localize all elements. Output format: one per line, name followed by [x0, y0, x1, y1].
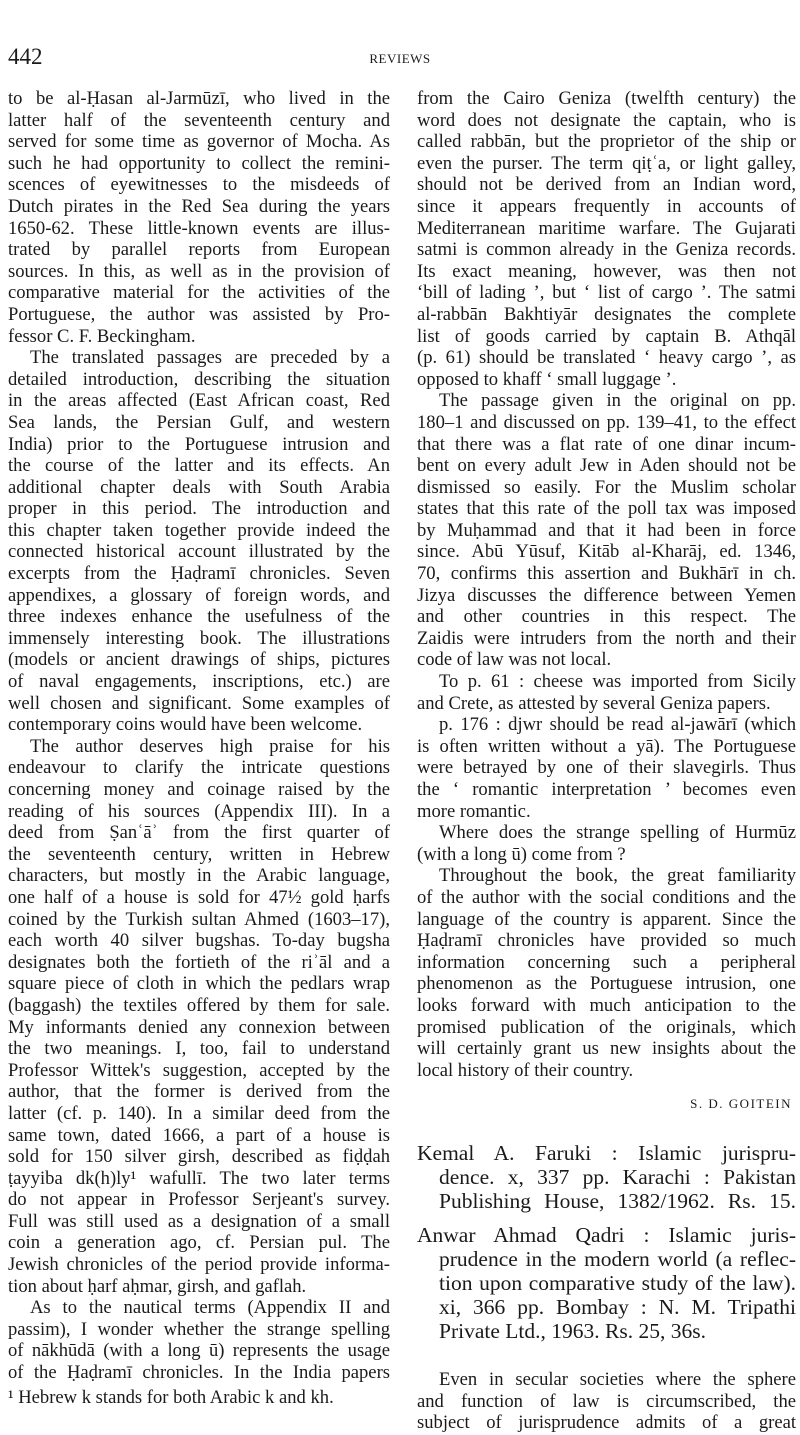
text-line: Sea lands, the Persian Gulf, and western — [8, 412, 390, 434]
paragraph-start: p. 176 : djwr should be read al-jawārī (… — [417, 714, 796, 736]
text-line: same town, dated 1666, a part of a house… — [8, 1125, 390, 1147]
bib-line: Publishing House, 1382/1962. Rs. 15. — [417, 1189, 796, 1213]
text-line: since it appears frequently in accounts … — [417, 196, 796, 218]
text-line: served for some time as governor of Moch… — [8, 131, 390, 153]
text-line: fessor C. F. Beckingham. — [8, 326, 390, 348]
text-line: Portuguese, the author was assisted by P… — [8, 304, 390, 326]
text-line: three indexes enhance the usefulness of … — [8, 606, 390, 628]
text-line: subject of jurisprudence admits of a gre… — [417, 1412, 796, 1434]
text-line: Jizya discusses the difference between Y… — [417, 585, 796, 607]
text-line: Full was still used as a designation of … — [8, 1211, 390, 1233]
text-line: My informants denied any connexion betwe… — [8, 1017, 390, 1039]
reviewer-signature: S. D. GOITEIN — [417, 1093, 796, 1115]
text-line: (models or ancient drawings of ships, pi… — [8, 649, 390, 671]
text-line: additional chapter deals with South Arab… — [8, 477, 390, 499]
text-line: endeavour to clarify the intricate quest… — [8, 757, 390, 779]
paragraph-start: Even in secular societies where the sphe… — [417, 1369, 796, 1391]
text-line: and function of law is circumscribed, th… — [417, 1391, 796, 1413]
page-header: 442 REVIEWS — [8, 44, 792, 74]
text-line: the course of the latter and its effects… — [8, 455, 390, 477]
paragraph-start: The translated passages are preceded by … — [8, 347, 390, 369]
journal-page: 442 REVIEWS to be al-Ḥasan al-Jarmūzī, w… — [0, 0, 800, 1435]
text-line: detailed introduction, describing the si… — [8, 369, 390, 391]
text-line: comparative material for the activities … — [8, 282, 390, 304]
text-line: excerpts from the Ḥaḍramī chronicles. Se… — [8, 563, 390, 585]
text-line: dismissed so easily. For the Muslim scho… — [417, 477, 796, 499]
text-line: trated by parallel reports from European — [8, 239, 390, 261]
text-line: square piece of cloth in which the pedla… — [8, 973, 390, 995]
text-line: that there was a flat rate of one dinar … — [417, 434, 796, 456]
text-line: information concerning such a peripheral — [417, 952, 796, 974]
text-line: of the Ḥaḍramī chronicles. In the India … — [8, 1362, 390, 1384]
text-line: scences of eyewitnesses to the misdeeds … — [8, 174, 390, 196]
text-line: immensely interesting book. The illustra… — [8, 628, 390, 650]
text-line: more romantic. — [417, 801, 796, 823]
paragraph-start: The author deserves high praise for his — [8, 736, 390, 758]
text-line: (with a long ū) come from ? — [417, 844, 796, 866]
spacer — [417, 1213, 796, 1223]
text-line: contemporary coins would have been welco… — [8, 714, 390, 736]
text-line: well chosen and significant. Some exampl… — [8, 693, 390, 715]
text-line: local history of their country. — [417, 1060, 796, 1082]
text-line: designates both the fortieth of the riʾā… — [8, 952, 390, 974]
bibliographic-entry-qadri: Anwar Ahmad Qadri : Islamic juris- prude… — [417, 1223, 796, 1343]
text-line: Dutch pirates in the Red Sea during the … — [8, 196, 390, 218]
text-line: word does not designate the captain, who… — [417, 110, 796, 132]
text-line: latter half of the seventeenth century a… — [8, 110, 390, 132]
text-line: satmi is common already in the Geniza re… — [417, 239, 796, 261]
text-line: Zaidis were intruders from the north and… — [417, 628, 796, 650]
text-line: reading of his sources (Appendix III). I… — [8, 801, 390, 823]
text-line: author, that the former is derived from … — [8, 1081, 390, 1103]
text-line: list of goods carried by captain B. Athq… — [417, 326, 796, 348]
text-line: deed from Ṣanʿāʾ from the first quarter … — [8, 822, 390, 844]
text-line: al-rabbān Bakhtiyār designates the compl… — [417, 304, 796, 326]
paragraph-start: Where does the strange spelling of Hurmū… — [417, 822, 796, 844]
footnote: ¹ Hebrew k stands for both Arabic k and … — [8, 1387, 390, 1409]
text-line: (baggash) the textiles offered by them f… — [8, 995, 390, 1017]
text-line: and Crete, as attested by several Geniza… — [417, 693, 796, 715]
text-line: coined by the Turkish sultan Ahmed (1603… — [8, 909, 390, 931]
bib-line: dence. x, 337 pp. Karachi : Pakistan — [417, 1165, 796, 1189]
text-line: sources. In this, as well as in the prov… — [8, 261, 390, 283]
paragraph-start: Throughout the book, the great familiari… — [417, 865, 796, 887]
text-line: proper in this period. The introduction … — [8, 498, 390, 520]
text-line: should not be derived from an Indian wor… — [417, 174, 796, 196]
text-line: even the purser. The term qiṭʿa, or ligh… — [417, 153, 796, 175]
bib-line: xi, 366 pp. Bombay : N. M. Tripathi — [417, 1295, 796, 1319]
text-line: concerning money and coinage raised by t… — [8, 779, 390, 801]
text-line: the seventeenth century, written in Hebr… — [8, 844, 390, 866]
text-line: and other countries in this respect. The — [417, 606, 796, 628]
text-line: Its exact meaning, however, was then not — [417, 261, 796, 283]
text-line: in the areas affected (East African coas… — [8, 390, 390, 412]
text-line: Professor Wittek's suggestion, accepted … — [8, 1060, 390, 1082]
text-line: the two meanings. I, too, fail to unders… — [8, 1038, 390, 1060]
text-line: is often written without a yā). The Port… — [417, 736, 796, 758]
text-line: called rabbān, but the proprietor of the… — [417, 131, 796, 153]
text-line: sold for 150 silver girsh, described as … — [8, 1146, 390, 1168]
text-line: code of law was not local. — [417, 649, 796, 671]
bib-line: Kemal A. Faruki : Islamic jurispru- — [417, 1141, 796, 1165]
text-line: each worth 40 silver bugshas. To-day bug… — [8, 930, 390, 952]
spacer — [417, 1115, 796, 1141]
text-line: connected historical account illustrated… — [8, 541, 390, 563]
text-line: of the author with the social conditions… — [417, 887, 796, 909]
text-line: one half of a house is sold for 47½ gold… — [8, 887, 390, 909]
text-line: Jewish chronicles of the period provide … — [8, 1254, 390, 1276]
running-title: REVIEWS — [8, 51, 792, 67]
text-line: (p. 61) should be translated ‘ heavy car… — [417, 347, 796, 369]
text-line: opposed to khaff ‘ small luggage ’. — [417, 369, 796, 391]
text-line: passim), I wonder whether the strange sp… — [8, 1319, 390, 1341]
bib-line: tion upon comparative study of the law). — [417, 1271, 796, 1295]
text-line: language of the country is apparent. Sin… — [417, 909, 796, 931]
text-line: from the Cairo Geniza (twelfth century) … — [417, 88, 796, 110]
bib-line: prudence in the modern world (a reflec- — [417, 1247, 796, 1271]
text-line: tion about ḥarf aḥmar, girsh, and gaflah… — [8, 1276, 390, 1298]
text-line: such he had opportunity to collect the r… — [8, 153, 390, 175]
text-line: Mediterranean maritime warfare. The Guja… — [417, 218, 796, 240]
text-line: promised publication of the originals, w… — [417, 1017, 796, 1039]
text-line: since. Abū Yūsuf, Kitāb al-Kharāj, ed. 1… — [417, 541, 796, 563]
text-line: will certainly grant us new insights abo… — [417, 1038, 796, 1060]
bibliographic-entry-faruki: Kemal A. Faruki : Islamic jurispru- denc… — [417, 1141, 796, 1213]
text-line: do not appear in Professor Serjeant's su… — [8, 1189, 390, 1211]
text-line: latter (cf. p. 140). In a similar deed f… — [8, 1103, 390, 1125]
text-line: of nākhūdā (with a long ū) represents th… — [8, 1340, 390, 1362]
text-line: appendixes, a glossary of foreign words,… — [8, 585, 390, 607]
text-line: the ‘ romantic interpretation ’ becomes … — [417, 779, 796, 801]
text-line: 180–1 and discussed on pp. 139–41, to th… — [417, 412, 796, 434]
text-line: this chapter taken together provide inde… — [8, 520, 390, 542]
text-line: ṭayyiba dk(h)ly¹ wafullī. The two later … — [8, 1168, 390, 1190]
paragraph-start: As to the nautical terms (Appendix II an… — [8, 1297, 390, 1319]
text-line: coin a generation ago, cf. Persian pul. … — [8, 1232, 390, 1254]
spacer — [417, 1343, 796, 1369]
bib-line: Anwar Ahmad Qadri : Islamic juris- — [417, 1223, 796, 1247]
text-line: 1650-62. These little-known events are i… — [8, 218, 390, 240]
paragraph-start: The passage given in the original on pp. — [417, 390, 796, 412]
text-line: characters, but mostly in the Arabic lan… — [8, 865, 390, 887]
text-line: Ḥaḍramī chronicles have provided so much — [417, 930, 796, 952]
left-column: to be al-Ḥasan al-Jarmūzī, who lived in … — [8, 88, 390, 1384]
text-line: of naval engagements, inscriptions, etc.… — [8, 671, 390, 693]
text-line: looks forward with much anticipation to … — [417, 995, 796, 1017]
text-line: bent on every adult Jew in Aden should n… — [417, 455, 796, 477]
text-line: to be al-Ḥasan al-Jarmūzī, who lived in … — [8, 88, 390, 110]
text-line: India) prior to the Portuguese intrusion… — [8, 434, 390, 456]
text-line: states that this rate of the poll tax wa… — [417, 498, 796, 520]
bib-line: Private Ltd., 1963. Rs. 25, 36s. — [417, 1319, 796, 1343]
right-column: from the Cairo Geniza (twelfth century) … — [417, 88, 796, 1434]
text-line: by Muḥammad and that it had been in forc… — [417, 520, 796, 542]
paragraph-start: To p. 61 : cheese was imported from Sici… — [417, 671, 796, 693]
text-line: 70, confirms this assertion and Bukhārī … — [417, 563, 796, 585]
text-line: ‘bill of lading ’, but ‘ list of cargo ’… — [417, 282, 796, 304]
text-line: were betrayed by one of their slavegirls… — [417, 757, 796, 779]
text-line: phenomenon as the Portuguese intrusion, … — [417, 973, 796, 995]
